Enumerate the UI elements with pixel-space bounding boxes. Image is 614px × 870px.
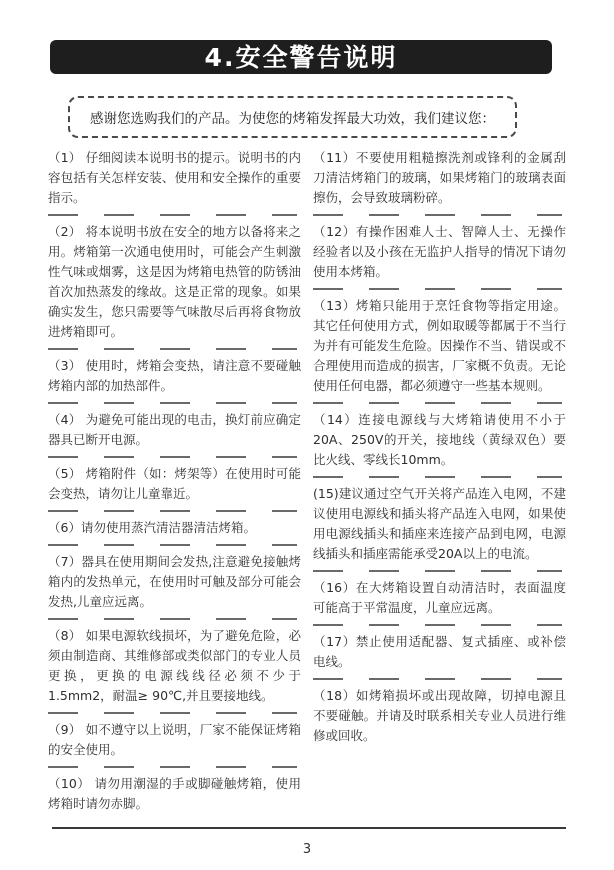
dashed-divider — [313, 214, 562, 216]
warning-item-17: （17）禁止使用适配器、复式插座、或补偿电线。 — [313, 632, 566, 672]
intro-note-box: 感谢您选购我们的产品。为使您的烤箱发挥最大功效，我们建议您： — [68, 96, 517, 138]
section-title-bar: 4.安全警告说明 — [50, 40, 552, 74]
dashed-divider — [48, 456, 297, 458]
warnings-columns: （1） 仔细阅读本说明书的提示。说明书的内容包括有关怎样安装、使用和安全操作的重… — [48, 148, 566, 814]
dashed-divider — [48, 348, 297, 350]
warning-item-13: （13）烤箱只能用于烹饪食物等指定用途。其它任何使用方式，例如取暖等都属于不当行… — [313, 296, 566, 396]
warning-item-14: （14）连接电源线与大烤箱请使用不小于20A、250V的开关，接地线（黄绿双色）… — [313, 410, 566, 470]
dashed-divider — [313, 476, 562, 478]
warning-item-7: （7）器具在使用期间会发热,注意避免接触烤箱内的发热单元，在使用时可触及部分可能… — [48, 552, 301, 612]
warning-item-18: （18）如烤箱损坏或出现故障，切掉电源且不要碰触。并请及时联系相关专业人员进行维… — [313, 686, 566, 746]
warning-item-3: （3） 使用时，烤箱会变热，请注意不要碰触烤箱内部的加热部件。 — [48, 356, 301, 396]
page-number: 3 — [0, 842, 614, 857]
right-column: （11）不要使用粗糙擦洗剂或锋利的金属刮刀清洁烤箱门的玻璃，如果烤箱门的玻璃表面… — [313, 148, 566, 814]
dashed-divider — [313, 402, 562, 404]
warning-item-8: （8） 如果电源软线损坏，为了避免危险，必须由制造商、其维修部或类似部门的专业人… — [48, 626, 301, 706]
warning-item-10: （10） 请勿用潮湿的手或脚碰触烤箱，使用烤箱时请勿赤脚。 — [48, 774, 301, 814]
warning-item-12: （12）有操作困难人士、智障人士、无操作经验者以及小孩在无监护人指导的情况下请勿… — [313, 222, 566, 282]
warning-item-1: （1） 仔细阅读本说明书的提示。说明书的内容包括有关怎样安装、使用和安全操作的重… — [48, 148, 301, 208]
warning-item-15: (15)建议通过空气开关将产品连入电网，不建议使用电源线和插头将产品连入电网，如… — [313, 484, 566, 564]
warning-item-11: （11）不要使用粗糙擦洗剂或锋利的金属刮刀清洁烤箱门的玻璃，如果烤箱门的玻璃表面… — [313, 148, 566, 208]
warning-item-5: （5） 烤箱附件（如：烤架等）在使用时可能会变热，请勿让儿童靠近。 — [48, 464, 301, 504]
left-column: （1） 仔细阅读本说明书的提示。说明书的内容包括有关怎样安装、使用和安全操作的重… — [48, 148, 301, 814]
dashed-divider — [48, 766, 297, 768]
page-title: 4.安全警告说明 — [205, 45, 398, 70]
dashed-divider — [48, 544, 297, 546]
manual-page: 4.安全警告说明 感谢您选购我们的产品。为使您的烤箱发挥最大功效，我们建议您： … — [0, 0, 614, 870]
dashed-divider — [48, 618, 297, 620]
dashed-divider — [48, 712, 297, 714]
intro-note-text: 感谢您选购我们的产品。为使您的烤箱发挥最大功效，我们建议您： — [90, 107, 495, 127]
warning-item-6: （6）请勿使用蒸汽清洁器清洁烤箱。 — [48, 518, 301, 538]
footer-rule — [52, 827, 566, 829]
dashed-divider — [313, 570, 562, 572]
dashed-divider — [48, 402, 297, 404]
dashed-divider — [313, 624, 562, 626]
warning-item-2: （2） 将本说明书放在安全的地方以备将来之用。烤箱第一次通电使用时，可能会产生刺… — [48, 222, 301, 342]
dashed-divider — [313, 288, 562, 290]
dashed-divider — [313, 678, 562, 680]
warning-item-9: （9） 如不遵守以上说明，厂家不能保证烤箱的安全使用。 — [48, 720, 301, 760]
warning-item-4: （4） 为避免可能出现的电击，换灯前应确定器具已断开电源。 — [48, 410, 301, 450]
warning-item-16: （16）在大烤箱设置自动清洁时，表面温度可能高于平常温度，儿童应远离。 — [313, 578, 566, 618]
dashed-divider — [48, 510, 297, 512]
dashed-divider — [48, 214, 297, 216]
